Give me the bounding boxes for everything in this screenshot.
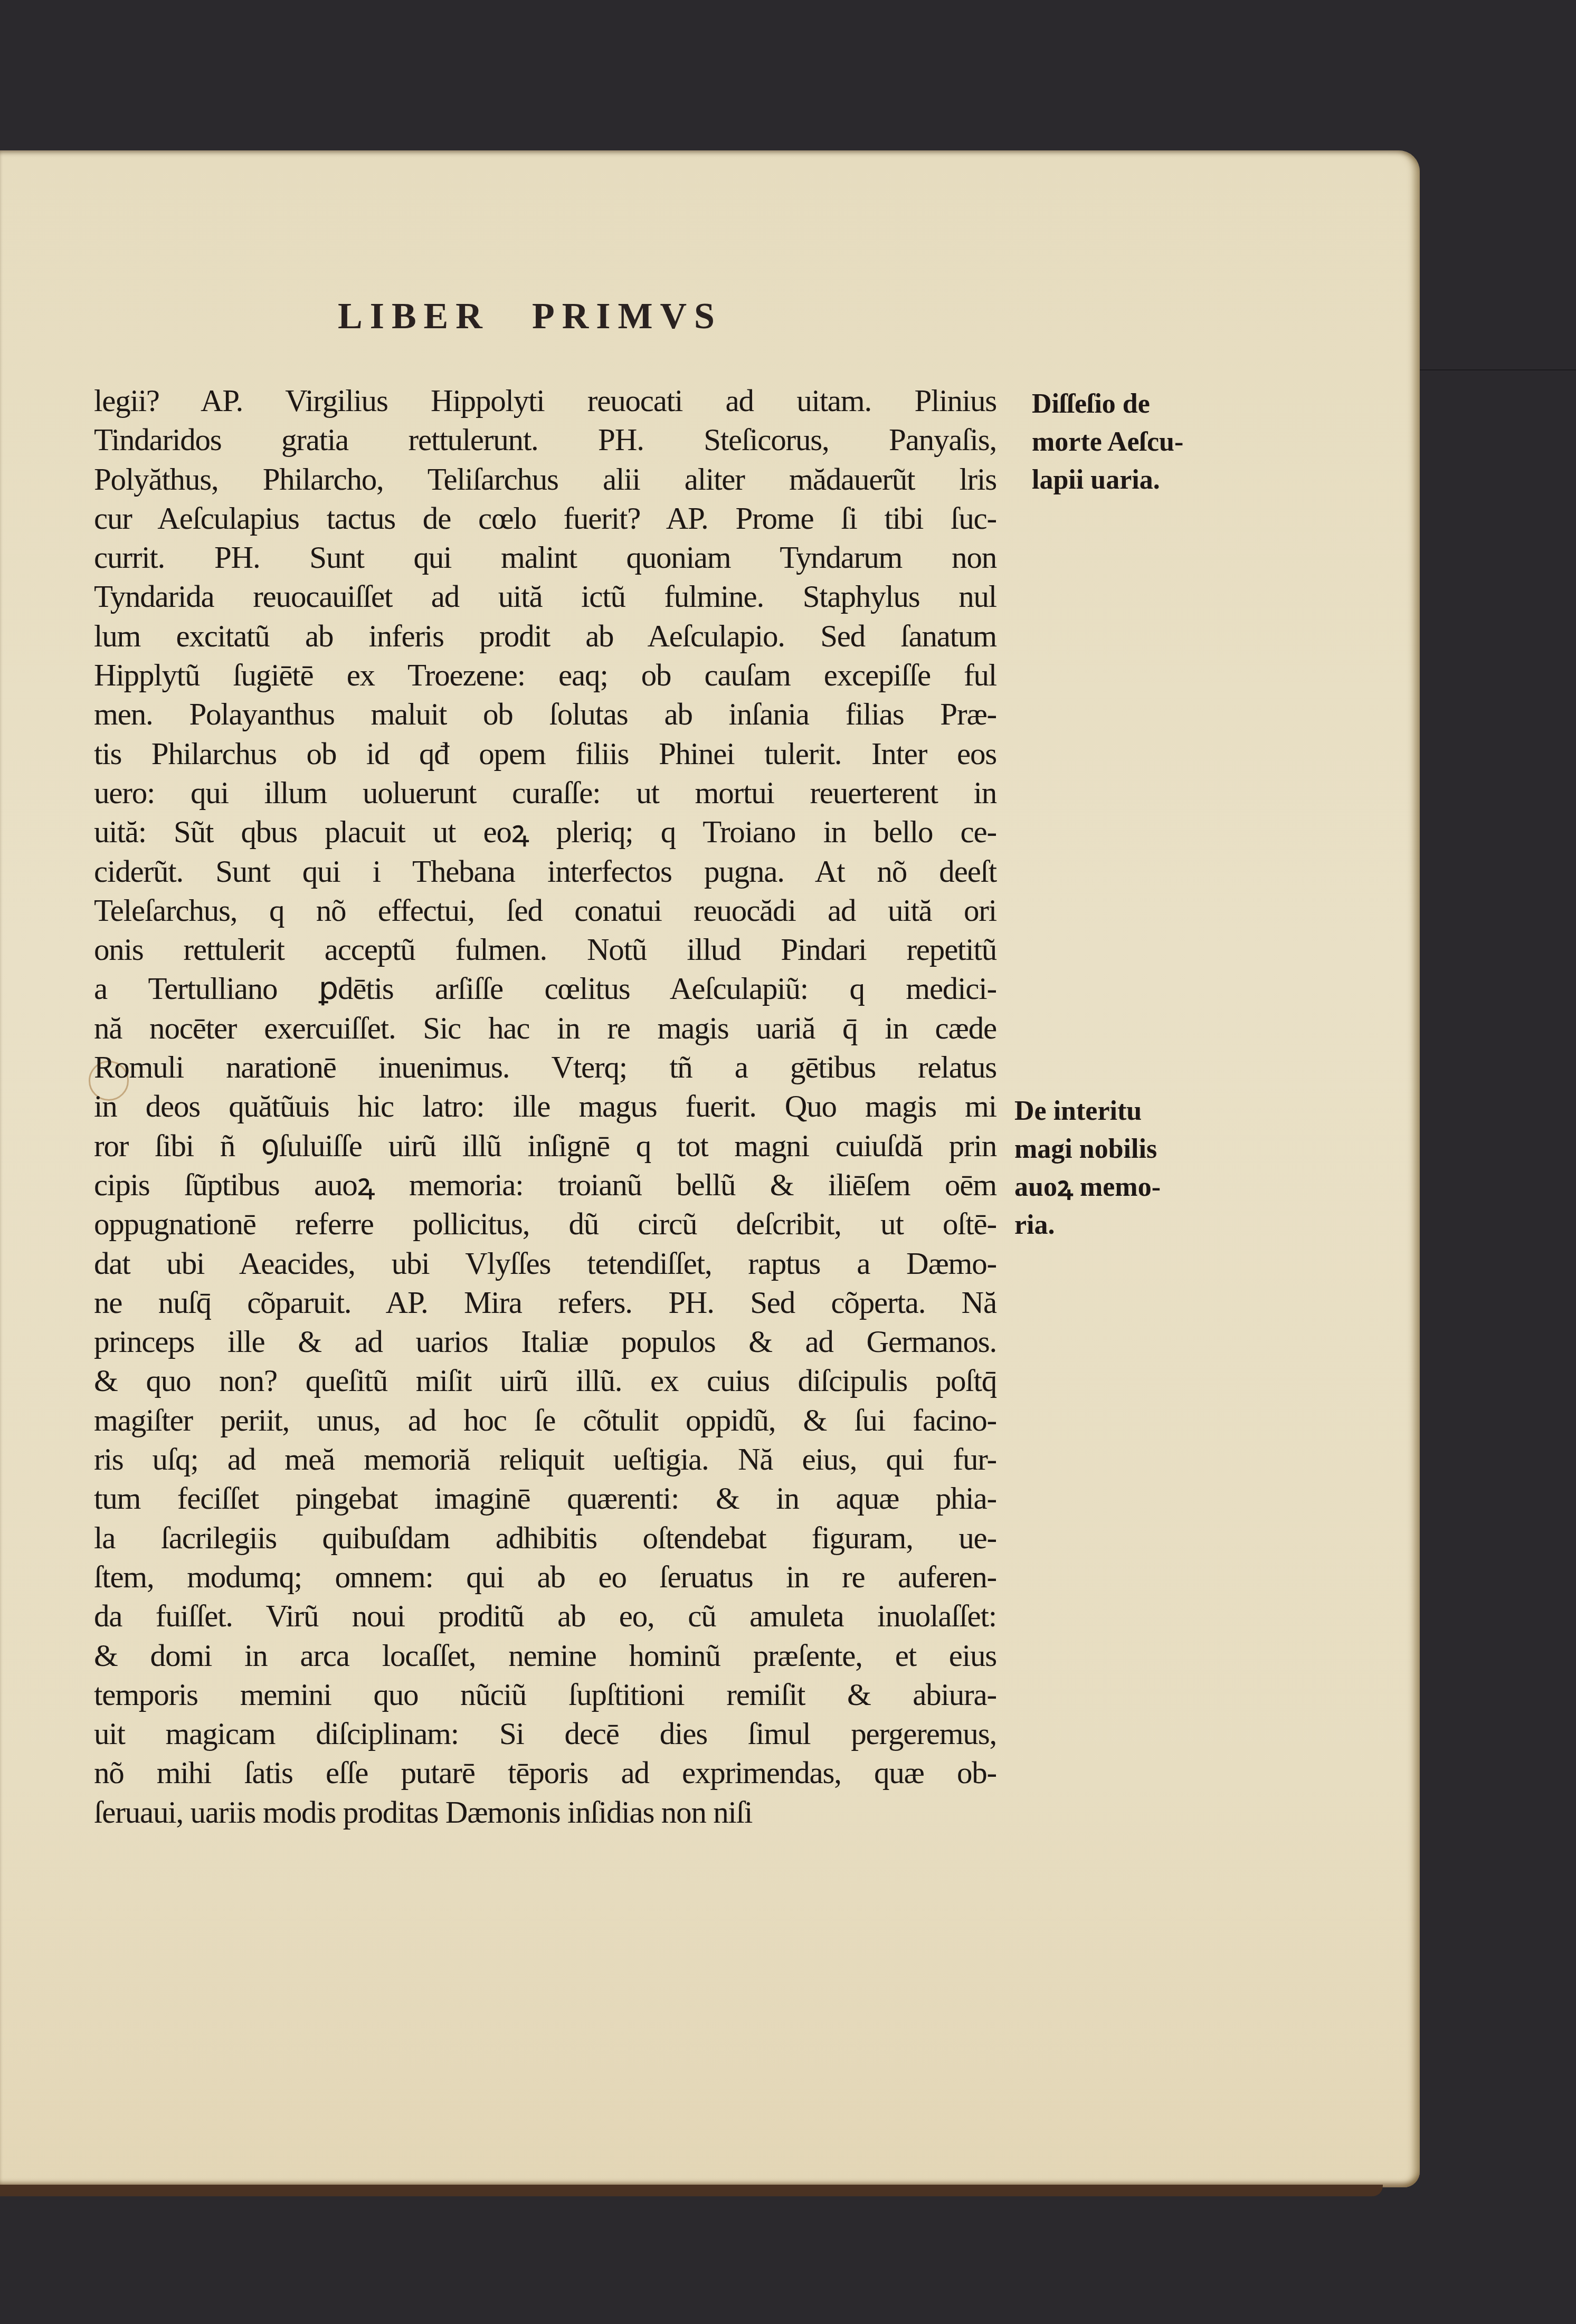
text-line: tum feciſſet pingebat imaginē quærenti: … (94, 1479, 996, 1518)
text-line: temporis memini quo nũciũ ſupſtitioni re… (94, 1675, 996, 1714)
marginal-note-line: magi nobilis (1014, 1130, 1161, 1168)
text-line: Polyăthus, Philarcho, Teliſarchus alii a… (94, 460, 996, 499)
text-line: & quo non? queſitũ miſit uirũ illũ. ex c… (94, 1361, 996, 1400)
text-line: lum excitatũ ab inferis prodit ab Aeſcul… (94, 616, 996, 655)
text-line: ris uſq; ad meă memoriă reliquit ueſtigi… (94, 1440, 996, 1479)
text-line: da fuiſſet. Virũ noui proditũ ab eo, cũ … (94, 1596, 996, 1635)
running-head: LIBERPRIMVS (338, 296, 813, 338)
text-line: la ſacrilegiis quibuſdam adhibitis oſten… (94, 1518, 996, 1557)
marginal-note-line: Diſſeſio de (1032, 385, 1183, 423)
marginal-note-line: De interitu (1014, 1092, 1161, 1130)
marginal-note-line: lapii uaria. (1032, 461, 1183, 499)
marginal-note-line: auoꝝ memo- (1014, 1168, 1161, 1206)
text-line: Teleſarchus, q nõ effectui, ſed conatui … (94, 891, 996, 930)
text-line: cur Aeſculapius tactus de cœlo fuerit? A… (94, 499, 996, 538)
running-head-word-1: LIBER (338, 296, 490, 338)
text-line: magiſter periit, unus, ad hoc ſe cõtulit… (94, 1401, 996, 1440)
marginal-note-2: De interitumagi nobilisauoꝝ memo-ria. (1014, 1092, 1161, 1244)
text-line: Hipplytũ ſugiētē ex Troezene: eaq; ob ca… (94, 655, 996, 694)
text-line: cipis ſũptibus auoꝝ memoria: troianũ bel… (94, 1165, 996, 1204)
text-line: nõ mihi ſatis eſſe putarē tēporis ad exp… (94, 1753, 996, 1792)
text-line: oppugnationē referre pollicitus, dũ circ… (94, 1204, 996, 1243)
text-line: ne nuſq̄ cõparuit. AP. Mira refers. PH. … (94, 1283, 996, 1322)
marginal-note-line: ria. (1014, 1206, 1161, 1244)
text-line: Romuli narationē inuenimus. Vterq; tñ a … (94, 1047, 996, 1087)
text-line: ciderũt. Sunt qui i Thebana interfectos … (94, 852, 996, 891)
running-head-word-2: PRIMVS (532, 296, 722, 338)
body-text: legii? AP. Virgilius Hippolyti reuocati … (94, 381, 996, 1832)
text-line: a Tertulliano ꝑdētis arſiſſe cœlitus Aeſ… (94, 969, 996, 1008)
marginal-note-line: morte Aeſcu- (1032, 423, 1183, 461)
text-line: legii? AP. Virgilius Hippolyti reuocati … (94, 381, 996, 420)
marginal-note-1: Diſſeſio demorte Aeſcu-lapii uaria. (1032, 385, 1183, 499)
text-line: tis Philarchus ob id qđ opem filiis Phin… (94, 734, 996, 773)
text-line: onis rettulerit acceptũ fulmen. Notũ ill… (94, 930, 996, 969)
text-line: ſeruaui, uariis modis proditas Dæmonis i… (94, 1793, 996, 1832)
backdrop-seam (1420, 369, 1576, 370)
text-line: ror ſibi ñ ꝯſuluiſſe uirũ illũ inſignē q… (94, 1126, 996, 1165)
text-line: uită: Sũt qbus placuit ut eoꝝ pleriq; q … (94, 812, 996, 851)
text-line: Tindaridos gratia rettulerunt. PH. Steſi… (94, 420, 996, 459)
page-bottom-edge (0, 2185, 1383, 2196)
text-line: men. Polayanthus maluit ob ſolutas ab in… (94, 694, 996, 734)
text-line: nă nocēter exercuiſſet. Sic hac in re ma… (94, 1008, 996, 1047)
text-line: & domi in arca locaſſet, nemine hominũ p… (94, 1636, 996, 1675)
text-line: uit magicam diſciplinam: Si decē dies ſi… (94, 1714, 996, 1753)
text-line: princeps ille & ad uarios Italiæ populos… (94, 1322, 996, 1361)
text-line: in deos quătũuis hic latro: ille magus f… (94, 1087, 996, 1126)
text-line: dat ubi Aeacides, ubi Vlyſſes tetendiſſe… (94, 1244, 996, 1283)
text-line: Tyndarida reuocauiſſet ad uită ictũ fulm… (94, 577, 996, 616)
text-line: currit. PH. Sunt qui malint quoniam Tynd… (94, 538, 996, 577)
text-line: uero: qui illum uoluerunt curaſſe: ut mo… (94, 773, 996, 812)
text-line: ſtem, modumq; omnem: qui ab eo ſeruatus … (94, 1557, 996, 1596)
